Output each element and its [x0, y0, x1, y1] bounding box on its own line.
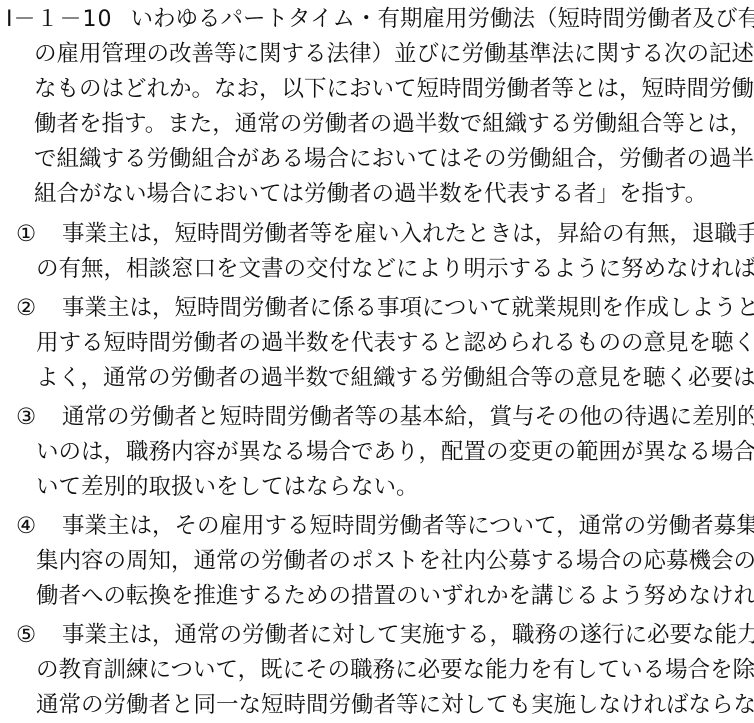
- option-4-line-1: ④事業主は，その雇用する短時間労働者等について，通常の労働者募集を行う場合の募: [16, 513, 746, 539]
- option-marker-4: ④: [16, 513, 42, 539]
- option-4-line-2: 集内容の周知，通常の労働者のポストを社内公募する場合の応募機会の提供，通常の労: [36, 548, 746, 574]
- option-2-line-3: よく，通常の労働者の過半数で組織する労働組合等の意見を聴く必要はない。: [36, 365, 754, 391]
- option-marker-2: ②: [16, 295, 42, 321]
- option-3-line-1: ③通常の労働者と短時間労働者等の基本給，賞与その他の待遇に差別的取扱いをしてよ: [16, 404, 746, 430]
- stem-text: いわゆるパートタイム・有期雇用労働法（短時間労働者及び有期雇用労働者: [130, 6, 662, 32]
- stem-line-3: なものはどれか。なお，以下において短時間労働者等とは，短時間労働者及び有期雇用労: [34, 76, 746, 102]
- option-marker-5: ⑤: [16, 622, 42, 648]
- option-3-line-3: いて差別的取扱いをしてはならない。: [36, 474, 419, 500]
- option-2-line-1: ②事業主は，短時間労働者に係る事項について就業規則を作成しようとするときは，雇: [16, 295, 746, 321]
- stem-line-2: の雇用管理の改善等に関する法律）並びに労働基準法に関する次の記述のうち，最も適切: [34, 41, 746, 67]
- stem-line-4: 働者を指す。また，通常の労働者の過半数で組織する労働組合等とは，「労働者の過半数: [34, 111, 746, 137]
- question-number: Ⅰ－１－10: [6, 7, 112, 32]
- option-5-line-3: 通常の労働者と同一な短時間労働者等に対しても実施しなければならない。: [36, 692, 754, 718]
- exam-question-page: Ⅰ－１－10いわゆるパートタイム・有期雇用労働法（短時間労働者及び有期雇用労働者…: [0, 0, 754, 723]
- option-5-line-2: の教育訓練について，既にその職務に必要な能力を有している場合を除き，職務内容が: [36, 657, 746, 683]
- option-5-line-1: ⑤事業主は，通常の労働者に対して実施する，職務の遂行に必要な能力を付与するため: [16, 622, 746, 648]
- stem-line-6: 組合がない場合においては労働者の過半数を代表する者」を指す。: [34, 181, 707, 207]
- option-marker-3: ③: [16, 404, 42, 430]
- option-5-text-1: 事業主は，通常の労働者に対して実施する，職務の遂行に必要な能力を付与するため: [62, 622, 746, 648]
- option-2-text-1: 事業主は，短時間労働者に係る事項について就業規則を作成しようとするときは，雇: [62, 295, 746, 321]
- option-1-text-1: 事業主は，短時間労働者等を雇い入れたときは，昇給の有無，退職手当の有無，賞与: [62, 221, 746, 247]
- option-4-line-3: 働者への転換を推進するための措置のいずれかを講じるよう努めなければならない。: [36, 583, 754, 609]
- option-marker-1: ①: [16, 221, 42, 247]
- option-3-line-2: いのは，職務内容が異なる場合であり，配置の変更の範囲が異なる場合には，待遇につ: [36, 439, 746, 465]
- stem-line-5: で組織する労働組合がある場合においてはその労働組合，労働者の過半数で組織する労働: [34, 146, 746, 172]
- option-1-line-2: の有無，相談窓口を文書の交付などにより明示するように努めなければならない。: [36, 256, 754, 282]
- option-4-text-1: 事業主は，その雇用する短時間労働者等について，通常の労働者募集を行う場合の募: [62, 513, 746, 539]
- option-1-line-1: ①事業主は，短時間労働者等を雇い入れたときは，昇給の有無，退職手当の有無，賞与: [16, 221, 746, 247]
- stem-line-1: Ⅰ－１－10いわゆるパートタイム・有期雇用労働法（短時間労働者及び有期雇用労働者: [6, 6, 662, 33]
- option-3-text-1: 通常の労働者と短時間労働者等の基本給，賞与その他の待遇に差別的取扱いをしてよ: [62, 404, 746, 430]
- option-2-line-2: 用する短時間労働者の過半数を代表すると認められるものの意見を聴くように努めれば: [36, 330, 746, 356]
